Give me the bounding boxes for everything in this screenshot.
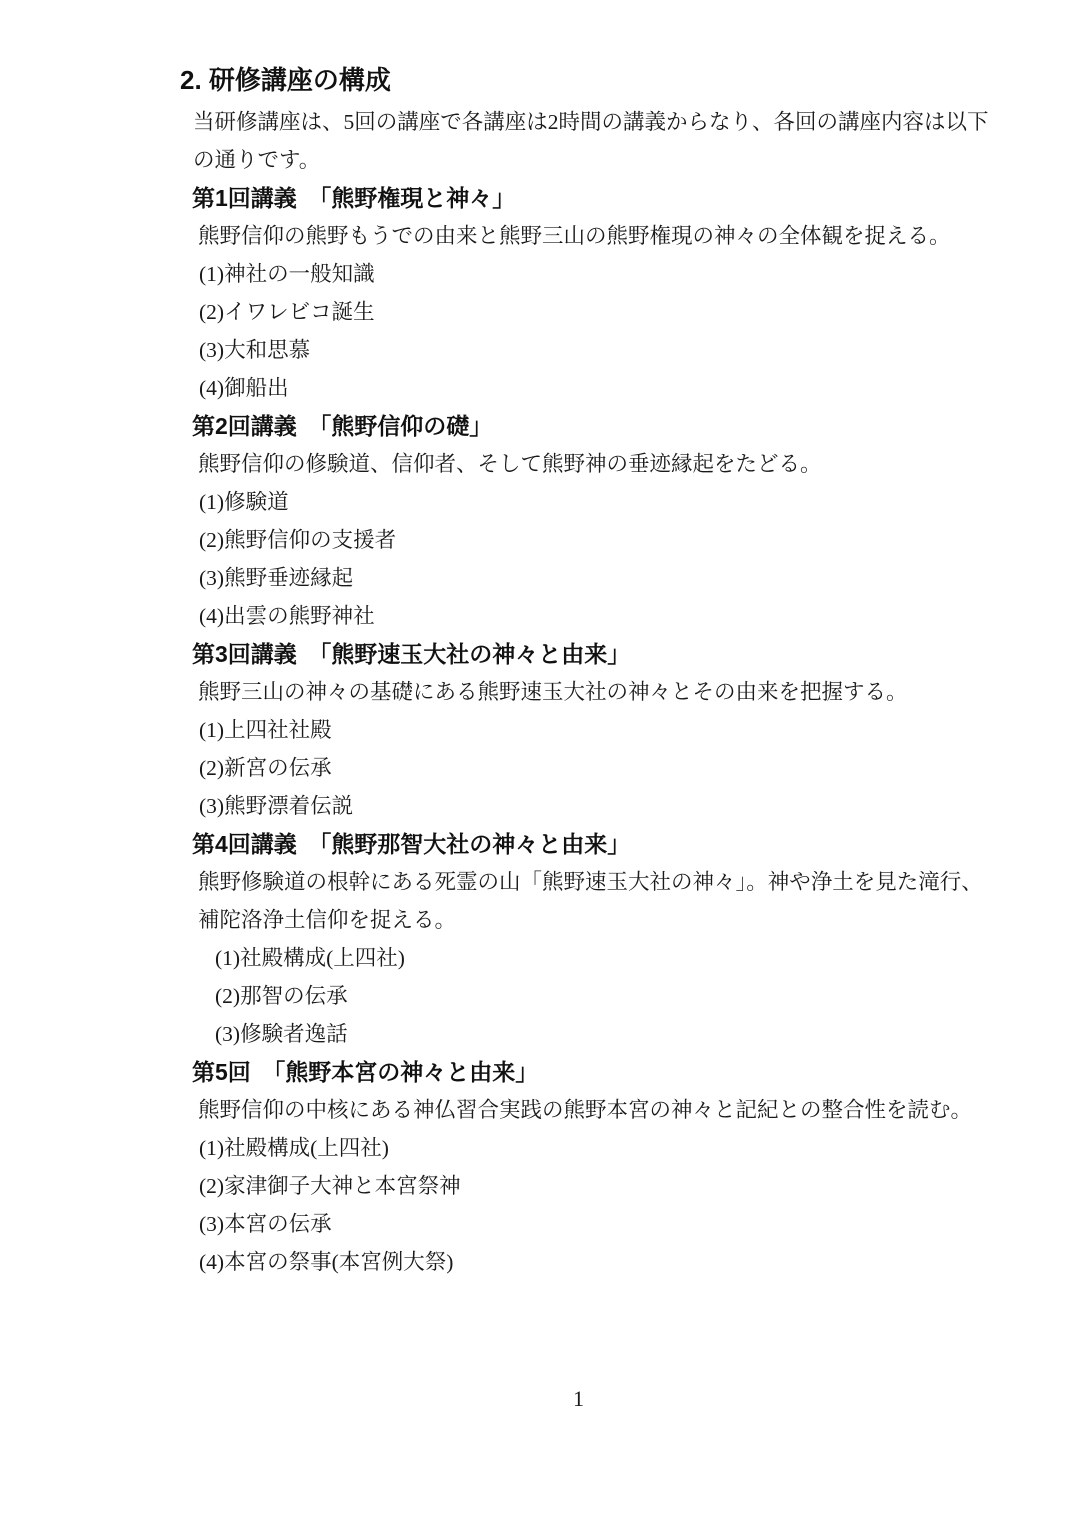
section-heading: 第4回講義 「熊野那智大社の神々と由来」 xyxy=(192,825,1075,863)
document-content: 2. 研修講座の構成 当研修講座は、5回の講座で各講座は2時間の講義からなり、各… xyxy=(0,0,1075,1281)
lecture-item: (3)修験者逸話 xyxy=(215,1015,1075,1053)
lecture-item: (4)出雲の熊野神社 xyxy=(199,597,1075,635)
section-heading: 第3回講義 「熊野速玉大社の神々と由来」 xyxy=(192,635,1075,673)
lecture-item: (2)家津御子大神と本宮祭神 xyxy=(199,1167,1075,1205)
intro-line: の通りです。 xyxy=(193,141,1075,179)
section-heading: 第5回 「熊野本宮の神々と由来」 xyxy=(192,1053,1075,1091)
lecture-section-5: 第5回 「熊野本宮の神々と由来」 熊野信仰の中核にある神仏習合実践の熊野本宮の神… xyxy=(0,1053,1075,1281)
lecture-item: (1)神社の一般知識 xyxy=(199,255,1075,293)
document-title: 2. 研修講座の構成 xyxy=(180,57,1075,103)
lecture-item: (2)熊野信仰の支援者 xyxy=(199,521,1075,559)
page-number: 1 xyxy=(573,1384,584,1414)
lecture-item: (2)イワレビコ誕生 xyxy=(199,293,1075,331)
lecture-item: (1)修験道 xyxy=(199,483,1075,521)
intro-line: 当研修講座は、5回の講座で各講座は2時間の講義からなり、各回の講座内容は以下 xyxy=(193,103,1075,141)
document-page: 2. 研修講座の構成 当研修講座は、5回の講座で各講座は2時間の講義からなり、各… xyxy=(0,0,1075,1518)
lecture-item: (3)大和思慕 xyxy=(199,331,1075,369)
lecture-item: (4)御船出 xyxy=(199,369,1075,407)
section-description: 熊野信仰の中核にある神仏習合実践の熊野本宮の神々と記紀との整合性を読む。 xyxy=(198,1091,1075,1129)
lecture-item: (3)熊野垂迹縁起 xyxy=(199,559,1075,597)
section-description: 熊野信仰の熊野もうでの由来と熊野三山の熊野権現の神々の全体観を捉える。 xyxy=(198,217,1075,255)
lecture-item: (3)熊野漂着伝説 xyxy=(199,787,1075,825)
section-description: 熊野信仰の修験道、信仰者、そして熊野神の垂迹縁起をたどる。 xyxy=(198,445,1075,483)
section-description: 熊野修験道の根幹にある死霊の山「熊野速玉大社の神々」。神や浄土を見た滝行、 xyxy=(198,863,1075,901)
lecture-section-2: 第2回講義 「熊野信仰の礎」 熊野信仰の修験道、信仰者、そして熊野神の垂迹縁起を… xyxy=(0,407,1075,635)
section-heading: 第2回講義 「熊野信仰の礎」 xyxy=(192,407,1075,445)
section-heading: 第1回講義 「熊野権現と神々」 xyxy=(192,179,1075,217)
lecture-item: (2)那智の伝承 xyxy=(215,977,1075,1015)
section-description: 補陀洛浄土信仰を捉える。 xyxy=(198,901,1075,939)
lecture-section-4: 第4回講義 「熊野那智大社の神々と由来」 熊野修験道の根幹にある死霊の山「熊野速… xyxy=(0,825,1075,1053)
lecture-section-3: 第3回講義 「熊野速玉大社の神々と由来」 熊野三山の神々の基礎にある熊野速玉大社… xyxy=(0,635,1075,825)
lecture-item: (1)社殿構成(上四社) xyxy=(199,1129,1075,1167)
lecture-item: (4)本宮の祭事(本宮例大祭) xyxy=(199,1243,1075,1281)
lecture-item: (2)新宮の伝承 xyxy=(199,749,1075,787)
lecture-item: (3)本宮の伝承 xyxy=(199,1205,1075,1243)
section-description: 熊野三山の神々の基礎にある熊野速玉大社の神々とその由来を把握する。 xyxy=(198,673,1075,711)
lecture-item: (1)上四社社殿 xyxy=(199,711,1075,749)
lecture-item: (1)社殿構成(上四社) xyxy=(215,939,1075,977)
lecture-section-1: 第1回講義 「熊野権現と神々」 熊野信仰の熊野もうでの由来と熊野三山の熊野権現の… xyxy=(0,179,1075,407)
